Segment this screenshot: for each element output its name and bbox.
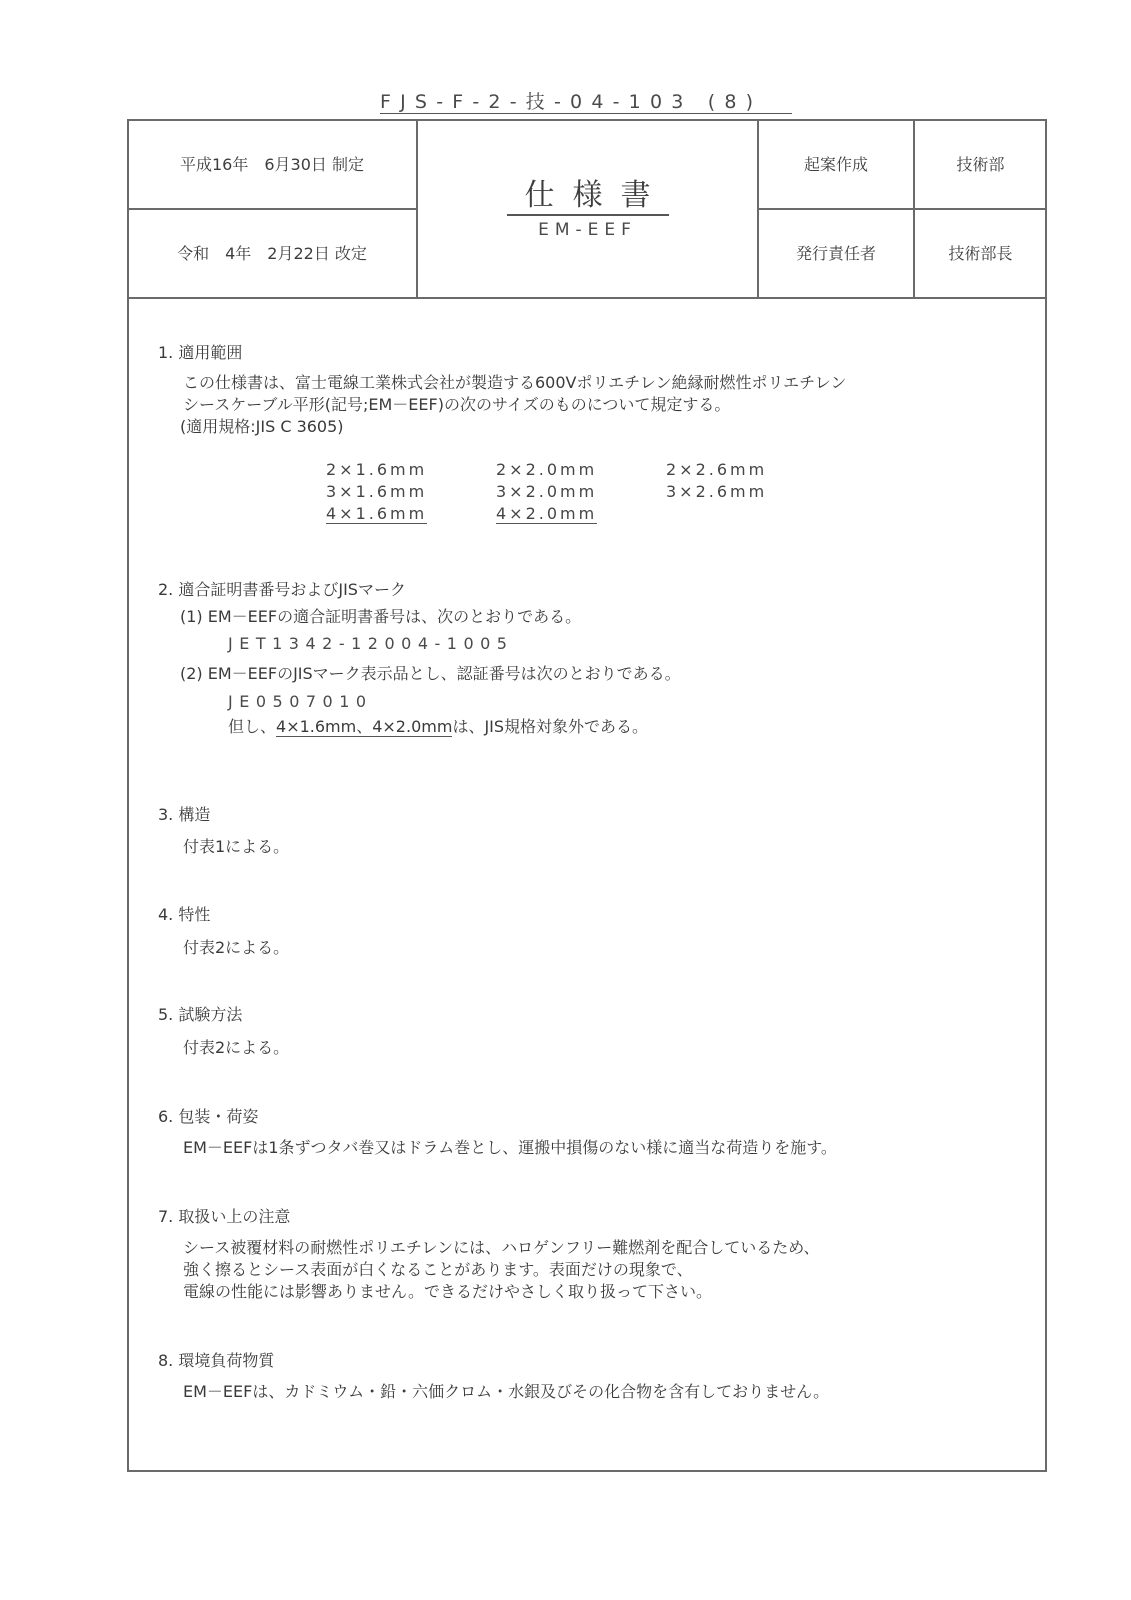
size-4x2.0: 4×2.0mm <box>496 504 597 524</box>
size-3x1.6: 3×1.6mm <box>326 482 427 501</box>
size-3x2.6: 3×2.6mm <box>666 482 767 501</box>
drafted-by-label: 起案作成 <box>758 152 914 175</box>
size-3x2.0: 3×2.0mm <box>496 482 597 501</box>
note-prefix: 但し、 <box>228 717 276 736</box>
jis-exclusion-note: 但し、4×1.6mm、4×2.0mmは、JIS規格対象外である。 <box>228 716 648 737</box>
section-2-item-2: (2) EM－EEFのJISマーク表示品とし、認証番号は次のとおりである。 <box>180 663 681 684</box>
certificate-number: JET1342-12004-1005 <box>228 634 513 653</box>
size-2x2.0: 2×2.0mm <box>496 460 597 479</box>
section-6-body: EM－EEFは1条ずつタバ巻又はドラム巻とし、運搬中損傷のない様に適当な荷造りを… <box>183 1137 837 1158</box>
section-7-heading: 7. 取扱い上の注意 <box>158 1204 290 1227</box>
section-8-heading: 8. 環境負荷物質 <box>158 1348 274 1371</box>
section-1-body-line-3: (適用規格:JIS C 3605) <box>180 416 344 437</box>
section-5-heading: 5. 試験方法 <box>158 1002 242 1025</box>
section-8-body: EM－EEFは、カドミウム・鉛・六価クロム・水銀及びその化合物を含有しておりませ… <box>183 1381 829 1402</box>
section-2-heading: 2. 適合証明書番号およびJISマーク <box>158 577 406 600</box>
section-7-body-line-3: 電線の性能には影響ありません。できるだけやさしく取り扱って下さい。 <box>183 1281 712 1302</box>
established-date: 平成16年 6月30日 制定 <box>127 152 417 175</box>
header-middle-divider-right <box>758 208 1047 210</box>
header-bottom-divider <box>127 297 1047 299</box>
document-title-text: 仕様書 <box>507 178 669 216</box>
issuer-label: 発行責任者 <box>758 241 914 264</box>
section-5-body: 付表2による。 <box>183 1037 289 1058</box>
section-3-heading: 3. 構造 <box>158 802 210 825</box>
product-code: EM-EEF <box>417 220 758 240</box>
section-3-body: 付表1による。 <box>183 836 289 857</box>
section-7-body-line-2: 強く擦るとシース表面が白くなることがあります。表面だけの現象で、 <box>183 1259 693 1280</box>
section-7-body-line-1: シース被覆材料の耐燃性ポリエチレンには、ハロゲンフリー難燃剤を配合しているため、 <box>183 1237 820 1258</box>
section-1-body-line-2: シースケーブル平形(記号;EM－EEF)の次のサイズのものについて規定する。 <box>183 394 730 415</box>
size-2x1.6: 2×1.6mm <box>326 460 427 479</box>
section-4-heading: 4. 特性 <box>158 902 210 925</box>
header-col-divider-3 <box>913 119 915 298</box>
document-number: FJS-F-2-技-04-103 (8) <box>380 92 792 114</box>
note-suffix: は、JIS規格対象外である。 <box>452 717 648 736</box>
header-middle-divider-left <box>127 208 417 210</box>
size-2x2.6: 2×2.6mm <box>666 460 767 479</box>
section-1-body-line-1: この仕様書は、富士電線工業株式会社が製造する600Vポリエチレン絶縁耐燃性ポリエ… <box>183 372 846 393</box>
drafted-by-value: 技術部 <box>914 152 1047 175</box>
section-1-heading: 1. 適用範囲 <box>158 340 242 363</box>
section-6-heading: 6. 包装・荷姿 <box>158 1104 258 1127</box>
section-2-item-1: (1) EM－EEFの適合証明書番号は、次のとおりである。 <box>180 606 581 627</box>
jis-certification-number: JE0507010 <box>228 692 373 711</box>
issuer-value: 技術部長 <box>914 241 1047 264</box>
revised-date: 令和 4年 2月22日 改定 <box>127 241 417 264</box>
section-4-body: 付表2による。 <box>183 937 289 958</box>
note-excluded-sizes: 4×1.6mm、4×2.0mm <box>276 717 452 737</box>
document-title: 仕様書 <box>417 170 758 214</box>
size-4x1.6: 4×1.6mm <box>326 504 427 524</box>
